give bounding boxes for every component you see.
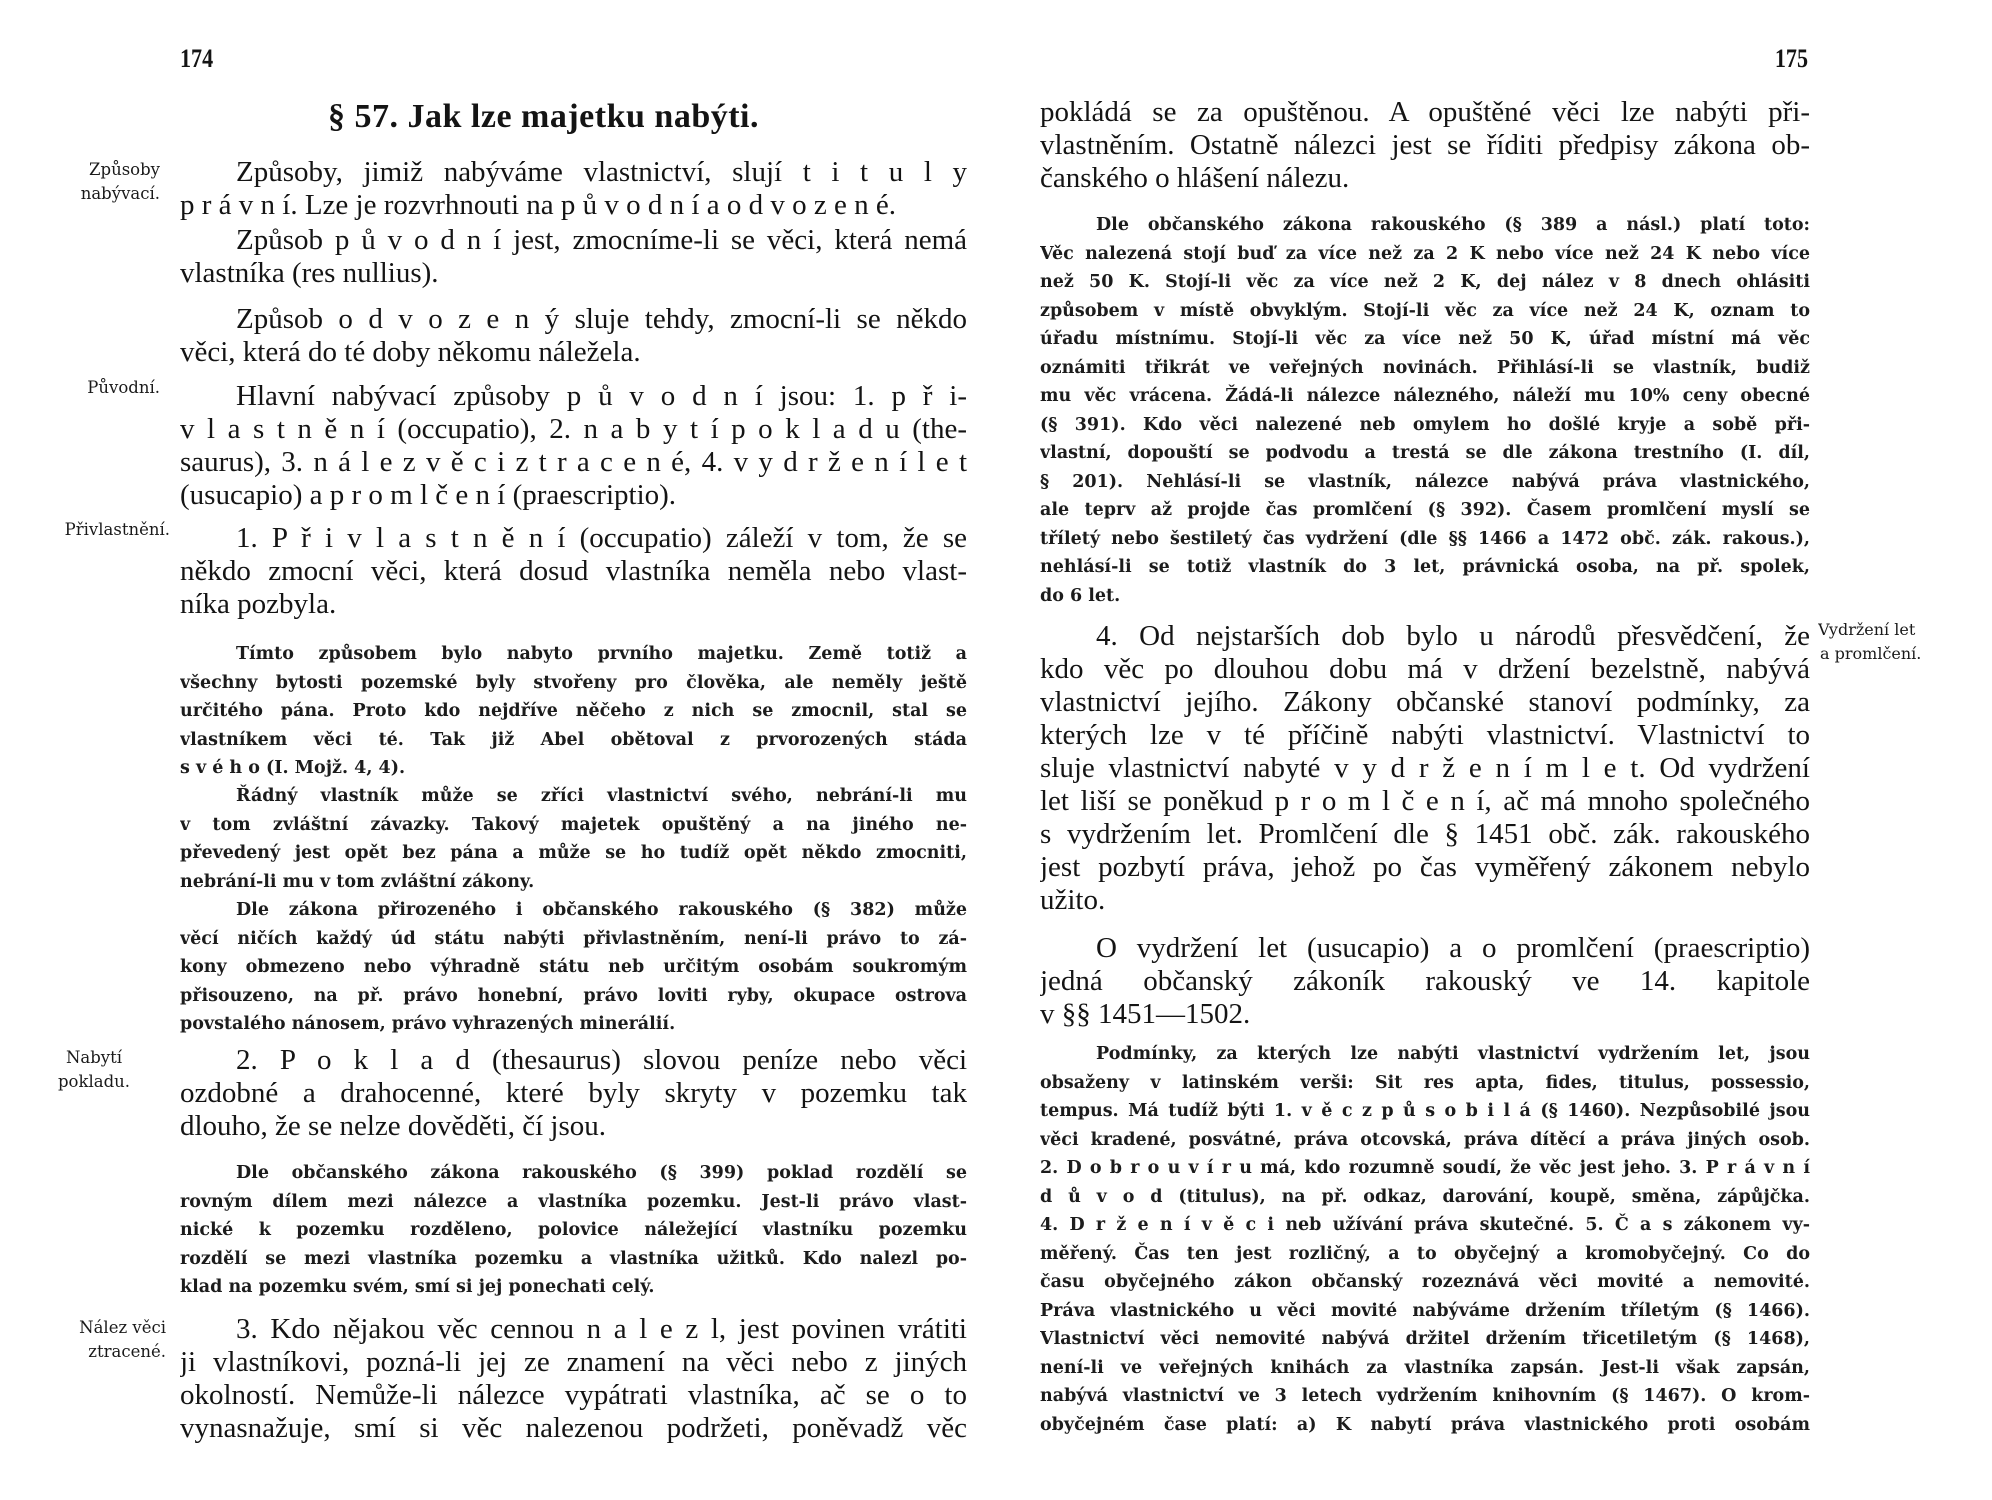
text-line: jedná občanský zákoník rakouský ve 14. k… <box>1040 965 1810 998</box>
text-line: věcí ničích každý úd státu nabýti přivla… <box>180 925 967 954</box>
text-line: v l a s t n ě n í (occupatio), 2. n a b … <box>180 413 967 446</box>
text-line: dlouho, že se nelze dověděti, čí jsou. <box>180 1110 967 1143</box>
text-line: někdo zmocní věci, která dosud vlastníka… <box>180 555 967 588</box>
text-line: Dle zákona přirozeného i občanského rako… <box>180 896 967 925</box>
text-line: sluje vlastnictví nabyté v y d r ž e n í… <box>1040 752 1810 785</box>
text-line: kdo věc po dlouhou dobu má v držení beze… <box>1040 653 1810 686</box>
text-line: vlastněním. Ostatně nálezci jest se řídi… <box>1040 129 1810 162</box>
paragraph: Způsob o d v o z e n ý sluje tehdy, zmoc… <box>180 303 967 369</box>
paragraph: 2. P o k l a d (thesaurus) slovou peníze… <box>180 1044 967 1143</box>
text-line: mu věc vrácena. Žádá-li nálezce náleznéh… <box>1040 382 1810 411</box>
paragraph-small: Dle zákona přirozeného i občanského rako… <box>180 896 967 1039</box>
paragraph-small: Dle občanského zákona rakouského (§ 389 … <box>1040 211 1810 610</box>
text-line: nebrání-li mu v tom zvláštní zákony. <box>180 868 967 897</box>
text-line: jest pozbytí práva, jehož po čas vyměřen… <box>1040 851 1810 884</box>
text-line: převedený jest opět bez pána a může se h… <box>180 839 967 868</box>
margin-note-line: ztracené. <box>40 1340 166 1364</box>
text-line: 3. Kdo nějakou věc cennou n a l e z l, j… <box>180 1313 967 1346</box>
text-line: ale teprv až projde čas promlčení (§ 392… <box>1040 496 1810 525</box>
text-line: p r á v n í. Lze je rozvrhnouti na p ů v… <box>180 189 967 222</box>
text-line: kterých lze v té příčině nabýti vlastnic… <box>1040 719 1810 752</box>
text-line: § 201). Nehlásí-li se vlastník, nálezce … <box>1040 468 1810 497</box>
text-line: s vydržením let. Promlčení dle § 1451 ob… <box>1040 818 1810 851</box>
text-line: úřadu místnímu. Stojí-li věc za více než… <box>1040 325 1810 354</box>
text-line: povstalého nánosem, právo vyhrazených mi… <box>180 1010 967 1039</box>
text-line: obsaženy v latinském verši: Sit res apta… <box>1040 1069 1810 1098</box>
text-line: 2. D o b r o u v í r u má, kdo rozumně s… <box>1040 1154 1810 1183</box>
text-line: Způsoby, jimiž nabýváme vlastnictví, slu… <box>180 156 967 189</box>
margin-note-nabyti-pokladu: Nabytí pokladu. <box>40 1046 148 1094</box>
text-line: obyčejném čase platí: a) K nabytí práva … <box>1040 1411 1810 1440</box>
text-line: let liší se poněkud p r o m l č e n í, a… <box>1040 785 1810 818</box>
paragraph: Způsoby, jimiž nabýváme vlastnictví, slu… <box>180 156 967 222</box>
text-line: měřený. Čas ten jest rozličný, a to obyč… <box>1040 1240 1810 1269</box>
text-line: vlastní, dopouští se podvodu a trestá se… <box>1040 439 1810 468</box>
margin-note-line: Způsoby <box>40 158 160 182</box>
text-line: kony obmezeno nebo výhradně státu neb ur… <box>180 953 967 982</box>
text-line: okolností. Nemůže-li nálezce vypátrati v… <box>180 1379 967 1412</box>
text-line: Dle občanského zákona rakouského (§ 389 … <box>1040 211 1810 240</box>
margin-note-line: Vydržení let <box>1818 618 1988 642</box>
text-line: věci kradené, posvátné, práva otcovská, … <box>1040 1126 1810 1155</box>
text-line: Práva vlastnického u věci movité nabývám… <box>1040 1297 1810 1326</box>
text-line: rovným dílem mezi nálezce a vlastníka po… <box>180 1188 967 1217</box>
paragraph-small: Řádný vlastník může se zříci vlastnictví… <box>180 782 967 896</box>
margin-note-line: Původní. <box>40 376 160 400</box>
text-line: 2. P o k l a d (thesaurus) slovou peníze… <box>180 1044 967 1077</box>
paragraph: pokládá se za opuštěnou. A opuštěné věci… <box>1040 96 1810 195</box>
text-line: pokládá se za opuštěnou. A opuštěné věci… <box>1040 96 1810 129</box>
text-line: tříletý nebo šestiletý čas vydržení (dle… <box>1040 525 1810 554</box>
paragraph: 4. Od nejstarších dob bylo u národů přes… <box>1040 620 1810 917</box>
text-line: Způsob p ů v o d n í jest, zmocníme-li s… <box>180 224 967 257</box>
paragraph: Způsob p ů v o d n í jest, zmocníme-li s… <box>180 224 967 290</box>
text-line: určitého pána. Proto kdo nejdříve něčeho… <box>180 697 967 726</box>
margin-note-line: Nález věci <box>40 1316 166 1340</box>
text-line: v tom zvláštní závazky. Takový majetek o… <box>180 811 967 840</box>
text-line: času obyčejného zákon občanský rozeznává… <box>1040 1268 1810 1297</box>
text-line: věci, která do té doby někomu náležela. <box>180 336 967 369</box>
text-line: Řádný vlastník může se zříci vlastnictví… <box>180 782 967 811</box>
text-line: vlastníkem věci té. Tak již Abel obětova… <box>180 726 967 755</box>
text-line: Způsob o d v o z e n ý sluje tehdy, zmoc… <box>180 303 967 336</box>
paragraph: 1. P ř i v l a s t n ě n í (occupatio) z… <box>180 522 967 621</box>
margin-note-line: Nabytí <box>40 1046 148 1070</box>
text-line: užito. <box>1040 884 1810 917</box>
text-line: než 50 K. Stojí-li věc za více než 2 K, … <box>1040 268 1810 297</box>
paragraph-small: Podmínky, za kterých lze nabýti vlastnic… <box>1040 1040 1810 1439</box>
margin-note-line: nabývací. <box>40 182 160 206</box>
text-line: níka pozbyla. <box>180 588 967 621</box>
text-line: do 6 let. <box>1040 582 1810 611</box>
text-line: přisouzeno, na př. právo honební, právo … <box>180 982 967 1011</box>
text-line: nické k pozemku rozděleno, polovice nále… <box>180 1216 967 1245</box>
text-line: nabývá vlastnictví ve 3 letech vydržením… <box>1040 1382 1810 1411</box>
text-line: Hlavní nabývací způsoby p ů v o d n í js… <box>180 380 967 413</box>
paragraph: Hlavní nabývací způsoby p ů v o d n í js… <box>180 380 967 512</box>
margin-note-line: a promlčení. <box>1818 642 1988 666</box>
paragraph: O vydržení let (usucapio) a o promlčení … <box>1040 932 1810 1031</box>
paragraph: 3. Kdo nějakou věc cennou n a l e z l, j… <box>180 1313 967 1445</box>
text-line: nehlásí-li se totiž vlastník do 3 let, p… <box>1040 553 1810 582</box>
text-line: saurus), 3. n á l e z v ě c i z t r a c … <box>180 446 967 479</box>
margin-note-vydrzeni-let: Vydržení let a promlčení. <box>1818 618 1988 666</box>
text-line: tempus. Má tudíž býti 1. v ě c z p ů s o… <box>1040 1097 1810 1126</box>
text-line: Vlastnictví věci nemovité nabývá držitel… <box>1040 1325 1810 1354</box>
text-line: všechny bytosti pozemské byly stvořeny p… <box>180 669 967 698</box>
text-line: ozdobné a drahocenné, které byly skryty … <box>180 1077 967 1110</box>
text-line: (usucapio) a p r o m l č e n í (praescri… <box>180 479 967 512</box>
text-line: vlastníka (res nullius). <box>180 257 967 290</box>
text-line: s v é h o (I. Mojž. 4, 4). <box>180 754 967 783</box>
text-line: (§ 391). Kdo věci nalezené neb omylem ho… <box>1040 411 1810 440</box>
text-line: ji vlastníkovi, pozná-li jej ze znamení … <box>180 1346 967 1379</box>
text-line: oznámiti třikrát ve veřejných novinách. … <box>1040 354 1810 383</box>
book-spread: 174 § 57. Jak lze majetku nabýti. Způsob… <box>0 0 1992 1500</box>
paragraph-small: Dle občanského zákona rakouského (§ 399)… <box>180 1159 967 1302</box>
text-line: způsobem v místě obvyklým. Stojí-li věc … <box>1040 297 1810 326</box>
text-line: Věc nalezená stojí buď za více než za 2 … <box>1040 240 1810 269</box>
margin-note-nalez-veci-ztracene: Nález věci ztracené. <box>40 1316 166 1364</box>
margin-note-puvodni: Původní. <box>40 376 160 400</box>
margin-note-line: pokladu. <box>40 1070 148 1094</box>
text-line: čanského o hlášení nálezu. <box>1040 162 1810 195</box>
text-line: není-li ve veřejných knihách za vlastník… <box>1040 1354 1810 1383</box>
text-line: Tímto způsobem bylo nabyto prvního majet… <box>180 640 967 669</box>
text-line: 1. P ř i v l a s t n ě n í (occupatio) z… <box>180 522 967 555</box>
text-line: Dle občanského zákona rakouského (§ 399)… <box>180 1159 967 1188</box>
paragraph-small: Tímto způsobem bylo nabyto prvního majet… <box>180 640 967 783</box>
text-line: vynasnažuje, smí si věc nalezenou podrže… <box>180 1412 967 1445</box>
text-line: Podmínky, za kterých lze nabýti vlastnic… <box>1040 1040 1810 1069</box>
section-heading: § 57. Jak lze majetku nabýti. <box>328 98 818 136</box>
margin-note-zpusoby-nabyvaci: Způsoby nabývací. <box>40 158 160 206</box>
text-line: v §§ 1451—1502. <box>1040 998 1810 1031</box>
text-line: vlastnictví jejího. Zákony občanské stan… <box>1040 686 1810 719</box>
margin-note-line: Přivlastnění. <box>10 518 170 542</box>
text-line: 4. Od nejstarších dob bylo u národů přes… <box>1040 620 1810 653</box>
page-number: 175 <box>1716 44 1808 74</box>
page-number: 174 <box>180 44 213 74</box>
text-line: rozdělí se mezi vlastníka pozemku a vlas… <box>180 1245 967 1274</box>
text-line: klad na pozemku svém, smí si jej ponecha… <box>180 1273 967 1302</box>
text-line: O vydržení let (usucapio) a o promlčení … <box>1040 932 1810 965</box>
margin-note-privlastneni: Přivlastnění. <box>10 518 170 542</box>
text-line: 4. D r ž e n í v ě c i neb užívání práva… <box>1040 1211 1810 1240</box>
text-line: d ů v o d (titulus), na př. odkaz, darov… <box>1040 1183 1810 1212</box>
